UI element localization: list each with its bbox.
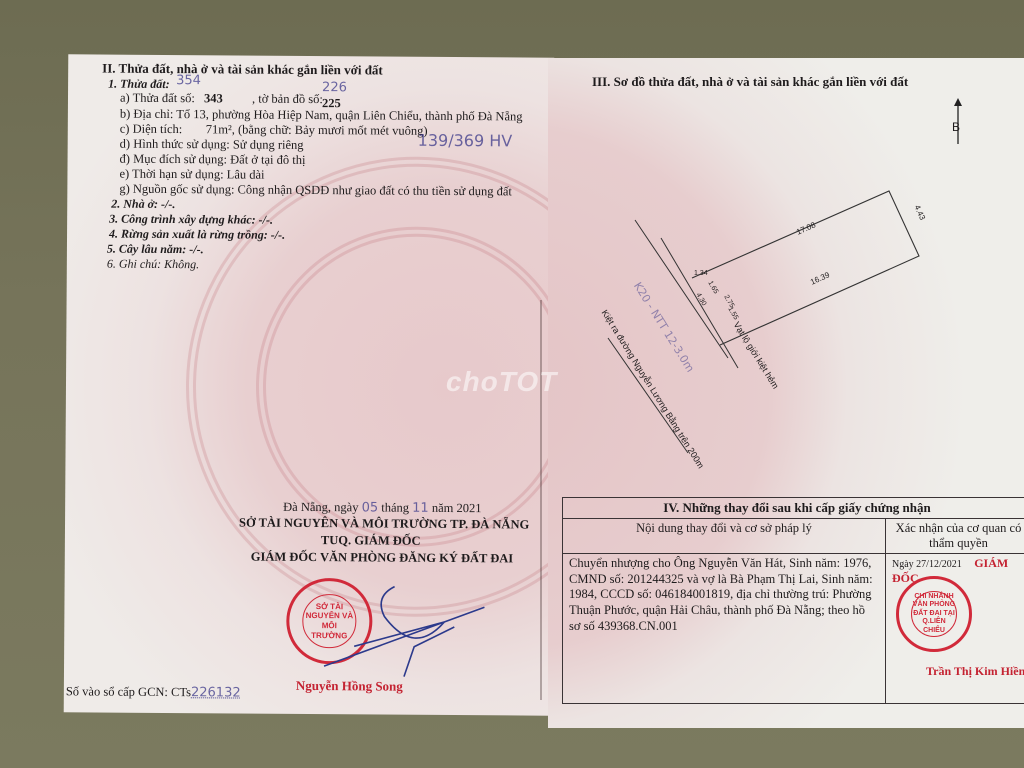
confirm-signer: Trần Thị Kim Hiền bbox=[926, 664, 1024, 679]
section-ii-title: II. Thửa đất, nhà ở và tài sản khác gắn … bbox=[102, 61, 383, 79]
handwritten-parcel: 354 bbox=[176, 73, 201, 88]
page-fold bbox=[540, 300, 542, 700]
map-label: , tờ bản đồ số: bbox=[252, 92, 323, 107]
dim-front-1: 1.34 bbox=[694, 270, 708, 277]
signer-name: Nguyễn Hồng Song bbox=[296, 678, 403, 695]
issuer-authorization: TUQ. GIÁM ĐỐC bbox=[321, 533, 421, 549]
confirm-date: Ngày 27/12/2021 bbox=[892, 559, 962, 570]
usage-term: e) Thời hạn sử dụng: Lâu dài bbox=[119, 167, 264, 183]
changes-content: Chuyển nhượng cho Ông Nguyễn Văn Hát, Si… bbox=[563, 554, 886, 704]
chotot-watermark: choTOT bbox=[446, 366, 557, 398]
changes-col1-header: Nội dung thay đổi và cơ sở pháp lý bbox=[563, 519, 886, 554]
issuer-title: GIÁM ĐỐC VĂN PHÒNG ĐĂNG KÝ ĐẤT ĐAI bbox=[251, 550, 513, 567]
parcel-label: a) Thửa đất số: bbox=[120, 91, 195, 107]
item6-note: 6. Ghi chú: Không. bbox=[107, 257, 199, 273]
changes-confirmation: Ngày 27/12/2021 GIÁM ĐỐC CHI NHÁNH VĂN P… bbox=[886, 554, 1024, 704]
changes-table: IV. Những thay đổi sau khi cấp giấy chứn… bbox=[562, 497, 1024, 704]
handwritten-map: 226 bbox=[322, 80, 347, 95]
parcel-value: 343 bbox=[204, 91, 223, 106]
changes-title: IV. Những thay đổi sau khi cấp giấy chứn… bbox=[563, 498, 1024, 519]
branch-seal: CHI NHÁNH VĂN PHÒNG ĐẤT ĐAI TẠI Q.LIÊN C… bbox=[896, 576, 972, 652]
registry-number: Số vào sổ cấp GCN: CTs226132 bbox=[66, 684, 241, 700]
item1-title: 1. Thửa đất: bbox=[108, 77, 170, 92]
handwritten-note: 139/369 HV bbox=[418, 131, 513, 151]
issuer-department: SỞ TÀI NGUYÊN VÀ MÔI TRƯỜNG TP. ĐÀ NẴNG bbox=[239, 516, 529, 533]
item3-other-works: 3. Công trình xây dựng khác: -/-. bbox=[109, 212, 273, 228]
usage-origin: g) Nguồn gốc sử dụng: Công nhận QSDĐ như… bbox=[119, 182, 512, 200]
usage-purpose: đ) Mục đích sử dụng: Đất ở tại đô thị bbox=[120, 152, 306, 168]
usage-form: d) Hình thức sử dụng: Sử dụng riêng bbox=[120, 137, 304, 153]
area-label: c) Diện tích: bbox=[120, 122, 183, 137]
item5-perennial: 5. Cây lâu năm: -/-. bbox=[107, 242, 204, 258]
plot-diagram bbox=[548, 58, 1024, 498]
area-value: 71m², (bằng chữ: Bảy mươi mốt mét vuông) bbox=[206, 122, 428, 139]
item2-house: 2. Nhà ở: -/-. bbox=[111, 197, 175, 212]
changes-col2-header: Xác nhận của cơ quan có thẩm quyền bbox=[886, 519, 1024, 554]
item4-forest: 4. Rừng sản xuất là rừng trồng: -/-. bbox=[109, 227, 285, 243]
issue-date: Đà Nẵng, ngày 05 tháng 11 năm 2021 bbox=[283, 500, 481, 516]
